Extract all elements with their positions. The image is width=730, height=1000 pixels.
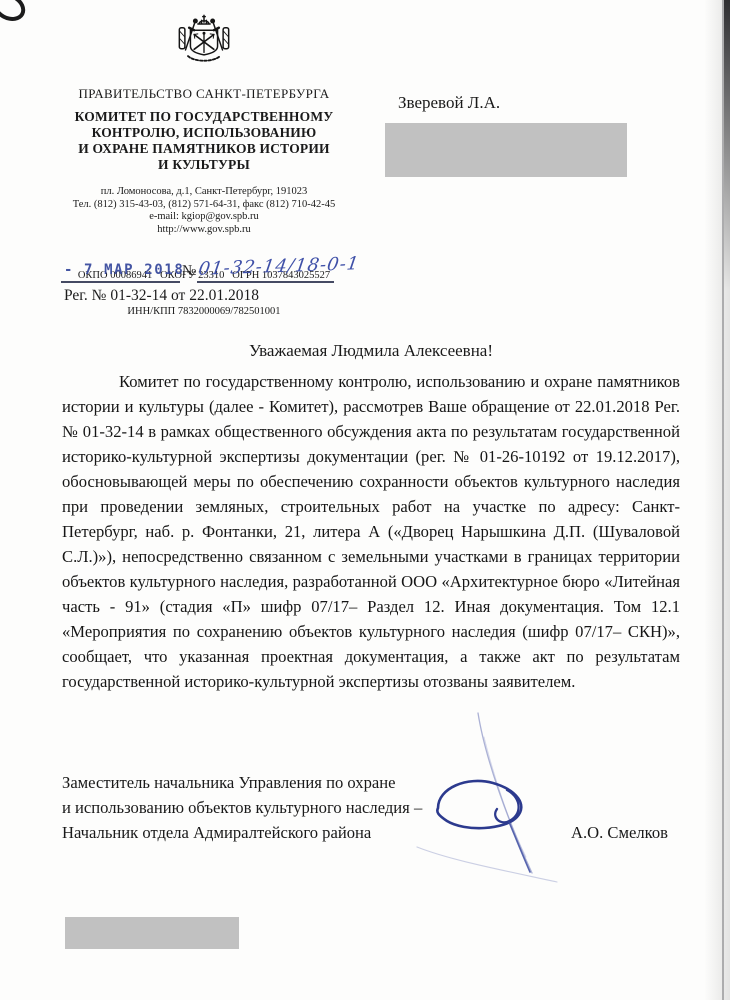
contact-block: пл. Ломоносова, д.1, Санкт-Петербург, 19… xyxy=(58,186,350,236)
scan-blot-artifact xyxy=(0,0,30,26)
committee-name-line: И ОХРАНЕ ПАМЯТНИКОВ ИСТОРИИ xyxy=(58,141,350,157)
saint-petersburg-coat-of-arms-icon xyxy=(167,14,241,76)
number-underline xyxy=(197,281,334,283)
registration-reference-line: Рег. № 01-32-14 от 22.01.2018 xyxy=(64,287,259,305)
committee-name-line: КОМИТЕТ ПО ГОСУДАРСТВЕННОМУ xyxy=(58,109,350,125)
salutation: Уважаемая Людмила Алексеевна! xyxy=(62,341,680,361)
redacted-recipient-address xyxy=(385,123,627,177)
number-sign: № xyxy=(182,263,196,280)
recipient-name: Зверевой Л.А. xyxy=(398,93,500,113)
committee-name-line: И КУЛЬТУРЫ xyxy=(58,157,350,173)
letter-body-paragraph: Комитет по государственному контролю, ис… xyxy=(62,369,680,694)
committee-name: КОМИТЕТ ПО ГОСУДАРСТВЕННОМУ КОНТРОЛЮ, ИС… xyxy=(58,109,350,173)
handwritten-signature xyxy=(405,695,620,895)
phone-fax: Тел. (812) 315-43-03, (812) 571-64-31, ф… xyxy=(58,199,350,212)
postal-address: пл. Ломоносова, д.1, Санкт-Петербург, 19… xyxy=(58,186,350,199)
inn-kpp: ИНН/КПП 7832000069/782501001 xyxy=(58,306,350,318)
government-title: ПРАВИТЕЛЬСТВО САНКТ-ПЕТЕРБУРГА xyxy=(58,86,350,102)
redacted-footer-block xyxy=(65,917,239,949)
committee-name-line: КОНТРОЛЮ, ИСПОЛЬЗОВАНИЮ xyxy=(58,125,350,141)
date-underline xyxy=(61,281,180,283)
scan-edge-dark-corner xyxy=(724,0,730,290)
scanned-letter-page: ПРАВИТЕЛЬСТВО САНКТ-ПЕТЕРБУРГА КОМИТЕТ П… xyxy=(0,0,730,1000)
incoming-date-stamp: - 7 МАР 2018 xyxy=(64,262,184,278)
email: e-mail: kgiop@gov.spb.ru xyxy=(58,211,350,224)
website: http://www.gov.spb.ru xyxy=(58,224,350,237)
